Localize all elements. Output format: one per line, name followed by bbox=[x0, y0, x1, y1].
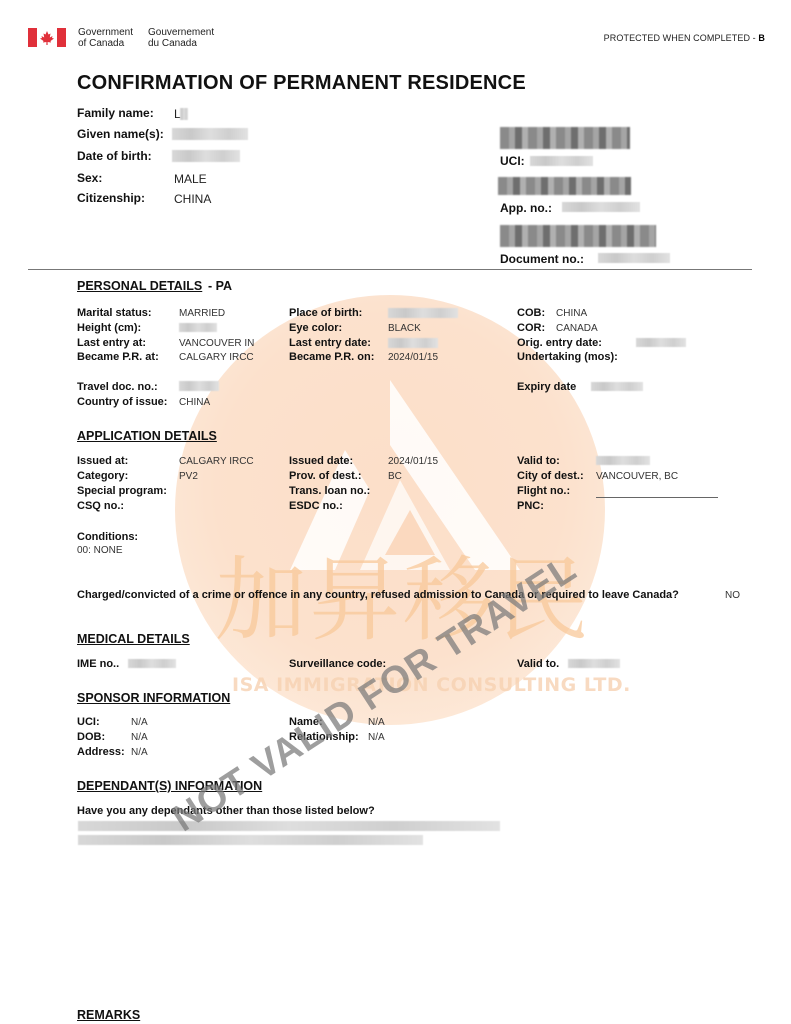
became-pr-at-value: CALGARY IRCC bbox=[179, 352, 254, 363]
document-no-label: Document no.: bbox=[500, 252, 584, 266]
sponsor-uci-value: N/A bbox=[131, 717, 148, 728]
eye-color-label: Eye color: bbox=[289, 322, 342, 334]
section-sponsor-information: SPONSOR INFORMATION bbox=[77, 691, 230, 705]
marital-status-label: Marital status: bbox=[77, 307, 152, 319]
gov-wordmark-fr: Gouvernement du Canada bbox=[148, 27, 214, 49]
last-entry-date-label: Last entry date: bbox=[289, 337, 371, 349]
criminal-answer: NO bbox=[725, 590, 740, 601]
issued-at-value: CALGARY IRCC bbox=[179, 456, 254, 467]
redacted-dob bbox=[172, 150, 240, 162]
protected-class: B bbox=[758, 33, 765, 43]
ime-no-label: IME no.. bbox=[77, 658, 119, 670]
uci-label: UCI: bbox=[500, 154, 525, 168]
sex-label: Sex: bbox=[77, 171, 102, 185]
issued-date-label: Issued date: bbox=[289, 455, 353, 467]
sponsor-address-value: N/A bbox=[131, 747, 148, 758]
redacted-travel-doc bbox=[179, 381, 219, 391]
redacted-uci bbox=[530, 156, 593, 166]
sponsor-relationship-value: N/A bbox=[368, 732, 385, 743]
undertaking-label: Undertaking (mos): bbox=[517, 351, 618, 363]
became-pr-on-value: 2024/01/15 bbox=[388, 352, 438, 363]
esdc-label: ESDC no.: bbox=[289, 500, 343, 512]
sex-value: MALE bbox=[174, 172, 207, 186]
gov-fr-line2: du Canada bbox=[148, 38, 214, 49]
place-of-birth-label: Place of birth: bbox=[289, 307, 362, 319]
family-name-label: Family name: bbox=[77, 106, 154, 120]
category-value: PV2 bbox=[179, 471, 198, 482]
redacted-barcode-app bbox=[498, 177, 631, 195]
prov-of-dest-label: Prov. of dest.: bbox=[289, 470, 362, 482]
app-no-label: App. no.: bbox=[500, 201, 552, 215]
cor-label: COR: bbox=[517, 322, 545, 334]
height-label: Height (cm): bbox=[77, 322, 141, 334]
citizenship-label: Citizenship: bbox=[77, 191, 145, 205]
sponsor-dob-value: N/A bbox=[131, 732, 148, 743]
redacted-valid-to bbox=[596, 456, 650, 465]
redacted-ime-no bbox=[128, 659, 176, 668]
csq-label: CSQ no.: bbox=[77, 500, 124, 512]
redacted-dependant-line-2 bbox=[78, 835, 423, 845]
sponsor-uci-label: UCI: bbox=[77, 716, 100, 728]
protected-label: PROTECTED WHEN COMPLETED - B bbox=[604, 33, 765, 43]
criminal-question: Charged/convicted of a crime or offence … bbox=[77, 589, 679, 601]
citizenship-value: CHINA bbox=[174, 192, 211, 206]
page-title: CONFIRMATION OF PERMANENT RESIDENCE bbox=[77, 72, 526, 95]
cor-value: CANADA bbox=[556, 323, 598, 334]
redacted-document-no bbox=[598, 253, 670, 263]
pnc-label: PNC: bbox=[517, 500, 544, 512]
medical-valid-to-label: Valid to. bbox=[517, 658, 559, 670]
personal-heading: PERSONAL DETAILS bbox=[77, 279, 202, 293]
redacted-family-name bbox=[180, 108, 188, 120]
last-entry-at-value: VANCOUVER IN bbox=[179, 338, 254, 349]
given-names-label: Given name(s): bbox=[77, 127, 164, 141]
redacted-app-no bbox=[562, 202, 640, 212]
redacted-medical-valid-to bbox=[568, 659, 620, 668]
valid-to-label: Valid to: bbox=[517, 455, 560, 467]
gov-fr-line1: Gouvernement bbox=[148, 27, 214, 38]
surveillance-code-label: Surveillance code: bbox=[289, 658, 386, 670]
flight-no-label: Flight no.: bbox=[517, 485, 570, 497]
sponsor-address-label: Address: bbox=[77, 746, 125, 758]
redacted-height bbox=[179, 323, 217, 332]
dob-label: Date of birth: bbox=[77, 149, 152, 163]
trans-loan-label: Trans. loan no.: bbox=[289, 485, 370, 497]
section-application-details: APPLICATION DETAILS bbox=[77, 429, 217, 443]
gov-wordmark-en: Government of Canada bbox=[78, 27, 133, 49]
gov-en-line1: Government bbox=[78, 27, 133, 38]
cob-label: COB: bbox=[517, 307, 545, 319]
issued-at-label: Issued at: bbox=[77, 455, 128, 467]
conditions-value: 00: NONE bbox=[77, 545, 123, 556]
category-label: Category: bbox=[77, 470, 128, 482]
cob-value: CHINA bbox=[556, 308, 587, 319]
marital-status-value: MARRIED bbox=[179, 308, 225, 319]
travel-doc-label: Travel doc. no.: bbox=[77, 381, 158, 393]
redacted-last-entry-date bbox=[388, 338, 438, 348]
redacted-orig-entry-date bbox=[636, 338, 686, 347]
flight-no-field bbox=[596, 497, 718, 498]
section-medical-details: MEDICAL DETAILS bbox=[77, 632, 190, 646]
eye-color-value: BLACK bbox=[388, 323, 421, 334]
orig-entry-date-label: Orig. entry date: bbox=[517, 337, 602, 349]
became-pr-on-label: Became P.R. on: bbox=[289, 351, 374, 363]
gov-en-line2: of Canada bbox=[78, 38, 133, 49]
country-of-issue-label: Country of issue: bbox=[77, 396, 167, 408]
personal-heading-suffix: - PA bbox=[208, 279, 232, 293]
divider bbox=[28, 269, 752, 270]
last-entry-at-label: Last entry at: bbox=[77, 337, 146, 349]
special-program-label: Special program: bbox=[77, 485, 167, 497]
redacted-barcode-uci bbox=[500, 127, 630, 149]
became-pr-at-label: Became P.R. at: bbox=[77, 351, 159, 363]
country-of-issue-value: CHINA bbox=[179, 397, 210, 408]
redacted-dependant-line-1 bbox=[78, 821, 500, 831]
redacted-expiry-date bbox=[591, 382, 643, 391]
redacted-place-of-birth bbox=[388, 308, 458, 318]
issued-date-value: 2024/01/15 bbox=[388, 456, 438, 467]
prov-of-dest-value: BC bbox=[388, 471, 402, 482]
city-of-dest-label: City of dest.: bbox=[517, 470, 584, 482]
protected-text: PROTECTED WHEN COMPLETED - bbox=[604, 33, 759, 43]
conditions-label: Conditions: bbox=[77, 531, 138, 543]
redacted-barcode-doc bbox=[500, 225, 656, 247]
city-of-dest-value: VANCOUVER, BC bbox=[596, 471, 678, 482]
section-remarks: REMARKS bbox=[77, 1008, 140, 1022]
sponsor-dob-label: DOB: bbox=[77, 731, 105, 743]
expiry-date-label: Expiry date bbox=[517, 381, 576, 393]
canada-flag-icon bbox=[28, 28, 66, 47]
redacted-given-names bbox=[172, 128, 248, 140]
section-personal-details: PERSONAL DETAILS bbox=[77, 279, 202, 293]
